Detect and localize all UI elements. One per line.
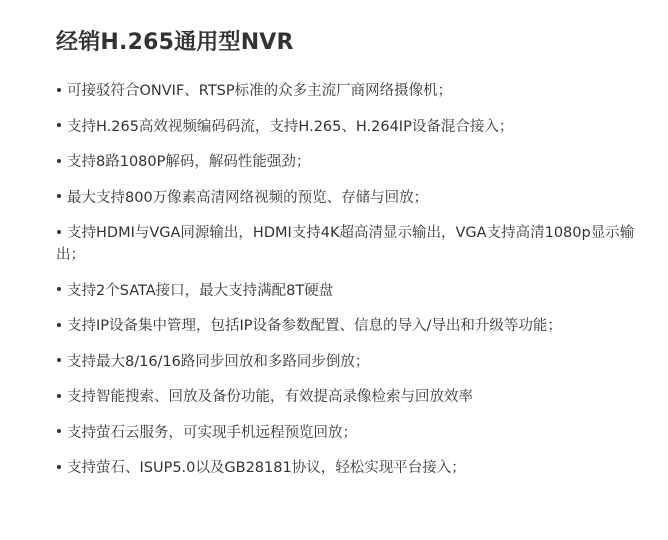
bullet-icon [57, 323, 61, 327]
feature-item: 支持萤石、ISUP5.0以及GB28181协议，轻松实现平台接入； [56, 457, 646, 479]
bullet-icon [57, 394, 61, 398]
bullet-icon [57, 194, 61, 198]
bullet-icon [57, 358, 61, 362]
feature-text: 可接驳符合ONVIF、RTSP标准的众多主流厂商网络摄像机； [67, 83, 452, 99]
feature-item: 支持智能搜索、回放及备份功能，有效提高录像检索与回放效率 [56, 386, 646, 408]
feature-text: 支持2个SATA接口，最大支持满配8T硬盘 [67, 283, 333, 299]
bullet-icon [57, 230, 61, 234]
feature-item: 支持H.265高效视频编码码流，支持H.265、H.264IP设备混合接入； [56, 116, 646, 138]
product-title: 经销H.265通用型NVR [56, 26, 646, 60]
feature-text: 最大支持800万像素高清网络视频的预览、存储与回放； [67, 190, 428, 206]
feature-item: 支持最大8/16/16路同步回放和多路同步倒放； [56, 351, 646, 373]
bullet-icon [57, 123, 61, 127]
bullet-icon [57, 429, 61, 433]
feature-text: 支持8路1080P解码，解码性能强劲； [67, 154, 310, 170]
feature-text: 支持HDMI与VGA同源输出，HDMI支持4K超高清显示输出，VGA支持高清10… [56, 225, 634, 263]
feature-text: 支持IP设备集中管理，包括IP设备参数配置、信息的导入/导出和升级等功能； [67, 318, 562, 334]
feature-item: 最大支持800万像素高清网络视频的预览、存储与回放； [56, 187, 646, 209]
bullet-icon [57, 287, 61, 291]
feature-list: 可接驳符合ONVIF、RTSP标准的众多主流厂商网络摄像机； 支持H.265高效… [56, 80, 646, 479]
feature-item: 支持8路1080P解码，解码性能强劲； [56, 151, 646, 173]
feature-item: 可接驳符合ONVIF、RTSP标准的众多主流厂商网络摄像机； [56, 80, 646, 102]
feature-text: 支持最大8/16/16路同步回放和多路同步倒放； [67, 354, 369, 370]
bullet-icon [57, 465, 61, 469]
feature-text: 支持H.265高效视频编码码流，支持H.265、H.264IP设备混合接入； [67, 119, 513, 135]
feature-text: 支持萤石云服务，可实现手机远程预览回放； [67, 425, 357, 441]
feature-text: 支持萤石、ISUP5.0以及GB28181协议，轻松实现平台接入； [67, 460, 466, 476]
feature-text: 支持智能搜索、回放及备份功能，有效提高录像检索与回放效率 [67, 389, 473, 405]
bullet-icon [57, 88, 61, 92]
feature-item: 支持IP设备集中管理，包括IP设备参数配置、信息的导入/导出和升级等功能； [56, 315, 646, 337]
product-description: 经销H.265通用型NVR 可接驳符合ONVIF、RTSP标准的众多主流厂商网络… [56, 26, 646, 493]
feature-item: 支持萤石云服务，可实现手机远程预览回放； [56, 422, 646, 444]
feature-item: 支持2个SATA接口，最大支持满配8T硬盘 [56, 280, 646, 302]
feature-item: 支持HDMI与VGA同源输出，HDMI支持4K超高清显示输出，VGA支持高清10… [56, 222, 646, 266]
bullet-icon [57, 159, 61, 163]
